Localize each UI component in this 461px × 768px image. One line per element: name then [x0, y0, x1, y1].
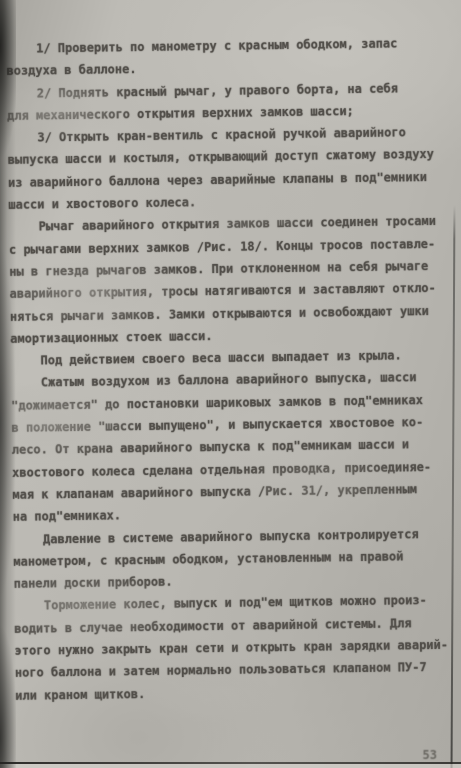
binding-shadow — [0, 0, 16, 768]
bottom-edge-highlight — [0, 764, 461, 768]
paragraph: 2/ Поднять красный рычаг, у правого борт… — [7, 76, 461, 127]
paragraph: 3/ Открыть кран-вентиль с красной ручкой… — [7, 121, 461, 217]
paragraph: Торможение колес, выпуск и под"ем щитков… — [14, 589, 461, 707]
paragraph: 1/ Проверить по манометру с красным обод… — [6, 32, 461, 83]
paragraph: Сжатым воздухом из баллона аварийного вы… — [11, 366, 461, 528]
page-number: 53 — [423, 748, 437, 762]
paragraph: Рычаг аварийного открытия замков шасси с… — [8, 210, 461, 350]
document-text: 1/ Проверить по манометру с красным обод… — [0, 32, 461, 707]
scanned-page: 1/ Проверить по манометру с красным обод… — [0, 0, 461, 768]
paragraph: Давление в системе аварийного выпуска ко… — [13, 522, 461, 595]
